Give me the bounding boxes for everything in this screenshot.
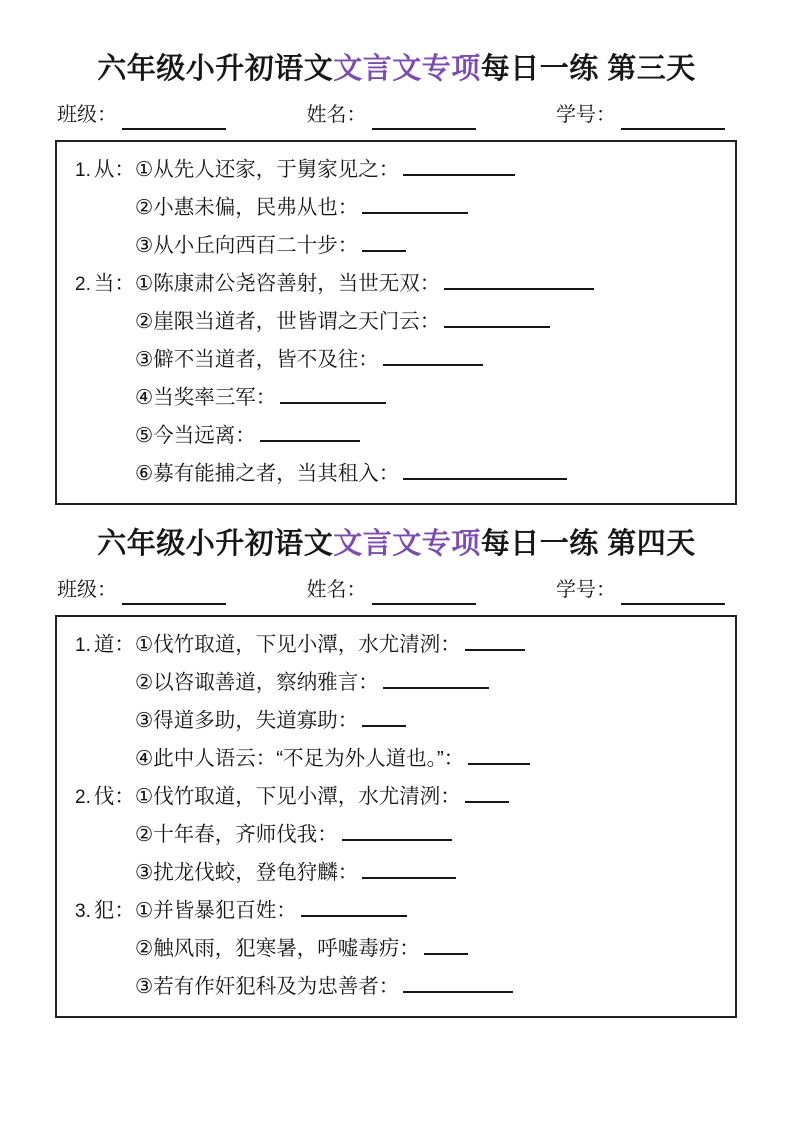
field-blank-line (621, 106, 725, 130)
question-number: 1. (75, 160, 91, 181)
answer-blank-line (362, 191, 468, 214)
item-text: ②十年春，齐师伐我： (135, 823, 338, 846)
question-label: 3.犯： (75, 892, 135, 931)
question-item: ④此中人语云：“不足为外人道也。”： (135, 740, 721, 778)
question-group: 2.当： ①陈康肃公尧咨善射，当世无双： ②崖限当道者，世皆谓之天门云： ③僻不… (75, 265, 721, 493)
worksheet: 六年级小升初语文文言文专项每日一练 第三天 班级： 姓名： 学号： 1.从： ①… (0, 0, 793, 505)
student-info-row: 班级： 姓名： 学号： (57, 100, 725, 130)
answer-blank-line (342, 818, 452, 841)
item-text: ①伐竹取道，下见小潭，水尤清洌： (135, 785, 461, 808)
item-text: ②小惠未偏，民弗从也： (135, 196, 358, 219)
field-blank-line (122, 106, 226, 130)
student-info-field: 姓名： (307, 100, 476, 130)
title-highlight: 文言文专项 (333, 528, 481, 560)
answer-blank-line (403, 457, 567, 480)
question-item: ③扰龙伐蛟，登龟狩麟： (135, 854, 721, 892)
question-number: 2. (75, 274, 91, 295)
field-blank-line (372, 581, 476, 605)
item-text: ③僻不当道者，皆不及往： (135, 348, 379, 371)
question-item: ①并皆暴犯百姓： (135, 892, 721, 930)
question-items: ①伐竹取道，下见小潭，水尤清洌： ②以咨诹善道，察纳雅言： ③得道多助，失道寡助… (135, 626, 721, 778)
field-label: 班级： (57, 575, 117, 605)
title-suffix: 每日一练 第三天 (481, 53, 696, 85)
question-word: 犯： (94, 899, 135, 922)
question-item: ③从小丘向西百二十步： (135, 227, 721, 265)
field-blank-line (122, 581, 226, 605)
question-label: 2.伐： (75, 778, 135, 817)
student-info-field: 班级： (57, 100, 226, 130)
item-text: ①伐竹取道，下见小潭，水尤清洌： (135, 633, 461, 656)
question-item: ①陈康肃公尧咨善射，当世无双： (135, 265, 721, 303)
question-word: 伐： (94, 785, 135, 808)
item-text: ③从小丘向西百二十步： (135, 234, 358, 257)
question-number: 1. (75, 635, 91, 656)
item-text: ④此中人语云：“不足为外人道也。”： (135, 747, 464, 770)
question-group: 3.犯： ①并皆暴犯百姓： ②触风雨，犯寒暑，呼嘘毒疠： ③若有作奸犯科及为忠善… (75, 892, 721, 1006)
question-group: 1.道： ①伐竹取道，下见小潭，水尤清洌： ②以咨诹善道，察纳雅言： ③得道多助… (75, 626, 721, 778)
answer-blank-line (444, 267, 594, 290)
question-items: ①并皆暴犯百姓： ②触风雨，犯寒暑，呼嘘毒疠： ③若有作奸犯科及为忠善者： (135, 892, 721, 1006)
answer-blank-line (424, 932, 468, 955)
answer-blank-line (383, 343, 483, 366)
question-label: 1.从： (75, 151, 135, 190)
item-text: ④当奖率三军： (135, 386, 276, 409)
answer-blank-line (403, 153, 515, 176)
item-text: ③若有作奸犯科及为忠善者： (135, 975, 399, 998)
field-label: 姓名： (307, 575, 367, 605)
student-info-field: 班级： (57, 575, 226, 605)
question-items: ①从先人还家，于舅家见之： ②小惠未偏，民弗从也： ③从小丘向西百二十步： (135, 151, 721, 265)
question-item: ②小惠未偏，民弗从也： (135, 189, 721, 227)
item-text: ⑥募有能捕之者，当其租入： (135, 462, 399, 485)
item-text: ③扰龙伐蛟，登龟狩麟： (135, 861, 358, 884)
question-group: 1.从： ①从先人还家，于舅家见之： ②小惠未偏，民弗从也： ③从小丘向西百二十… (75, 151, 721, 265)
title-prefix: 六年级小升初语文 (97, 53, 333, 85)
worksheet-title: 六年级小升初语文文言文专项每日一练 第四天 (0, 525, 793, 563)
student-info-field: 学号： (556, 575, 725, 605)
question-label: 2.当： (75, 265, 135, 304)
answer-blank-line (362, 856, 456, 879)
question-item: ②触风雨，犯寒暑，呼嘘毒疠： (135, 930, 721, 968)
field-label: 学号： (556, 100, 616, 130)
title-prefix: 六年级小升初语文 (97, 528, 333, 560)
question-number: 3. (75, 901, 91, 922)
item-text: ③得道多助，失道寡助： (135, 709, 358, 732)
worksheet-page: 六年级小升初语文文言文专项每日一练 第三天 班级： 姓名： 学号： 1.从： ①… (0, 0, 793, 1018)
question-word: 道： (94, 633, 135, 656)
item-text: ①并皆暴犯百姓： (135, 899, 297, 922)
question-item: ⑤今当远离： (135, 417, 721, 455)
question-group: 2.伐： ①伐竹取道，下见小潭，水尤清洌： ②十年春，齐师伐我： ③扰龙伐蛟，登… (75, 778, 721, 892)
worksheet-title: 六年级小升初语文文言文专项每日一练 第三天 (0, 50, 793, 88)
item-text: ②崖限当道者，世皆谓之天门云： (135, 310, 440, 333)
question-item: ①从先人还家，于舅家见之： (135, 151, 721, 189)
title-suffix: 每日一练 第四天 (481, 528, 696, 560)
worksheet: 六年级小升初语文文言文专项每日一练 第四天 班级： 姓名： 学号： 1.道： ①… (0, 505, 793, 1018)
question-item: ②十年春，齐师伐我： (135, 816, 721, 854)
item-text: ①从先人还家，于舅家见之： (135, 158, 399, 181)
question-item: ④当奖率三军： (135, 379, 721, 417)
question-word: 从： (94, 158, 135, 181)
question-items: ①伐竹取道，下见小潭，水尤清洌： ②十年春，齐师伐我： ③扰龙伐蛟，登龟狩麟： (135, 778, 721, 892)
field-label: 班级： (57, 100, 117, 130)
answer-blank-line (444, 305, 550, 328)
question-item: ③若有作奸犯科及为忠善者： (135, 968, 721, 1006)
student-info-field: 姓名： (307, 575, 476, 605)
question-box: 1.道： ①伐竹取道，下见小潭，水尤清洌： ②以咨诹善道，察纳雅言： ③得道多助… (55, 615, 737, 1018)
question-item: ②以咨诹善道，察纳雅言： (135, 664, 721, 702)
question-item: ①伐竹取道，下见小潭，水尤清洌： (135, 626, 721, 664)
question-number: 2. (75, 787, 91, 808)
field-blank-line (621, 581, 725, 605)
question-item: ②崖限当道者，世皆谓之天门云： (135, 303, 721, 341)
answer-blank-line (383, 666, 489, 689)
question-item: ①伐竹取道，下见小潭，水尤清洌： (135, 778, 721, 816)
question-label: 1.道： (75, 626, 135, 665)
answer-blank-line (362, 229, 406, 252)
field-label: 姓名： (307, 100, 367, 130)
field-blank-line (372, 106, 476, 130)
student-info-field: 学号： (556, 100, 725, 130)
item-text: ⑤今当远离： (135, 424, 256, 447)
question-word: 当： (94, 272, 135, 295)
question-item: ③得道多助，失道寡助： (135, 702, 721, 740)
answer-blank-line (301, 894, 407, 917)
item-text: ②触风雨，犯寒暑，呼嘘毒疠： (135, 937, 420, 960)
answer-blank-line (465, 628, 525, 651)
student-info-row: 班级： 姓名： 学号： (57, 575, 725, 605)
answer-blank-line (362, 704, 406, 727)
answer-blank-line (468, 742, 530, 765)
answer-blank-line (260, 419, 360, 442)
question-box: 1.从： ①从先人还家，于舅家见之： ②小惠未偏，民弗从也： ③从小丘向西百二十… (55, 140, 737, 505)
item-text: ②以咨诹善道，察纳雅言： (135, 671, 379, 694)
item-text: ①陈康肃公尧咨善射，当世无双： (135, 272, 440, 295)
answer-blank-line (280, 381, 386, 404)
question-item: ⑥募有能捕之者，当其租入： (135, 455, 721, 493)
title-highlight: 文言文专项 (333, 53, 481, 85)
question-item: ③僻不当道者，皆不及往： (135, 341, 721, 379)
answer-blank-line (403, 970, 513, 993)
question-items: ①陈康肃公尧咨善射，当世无双： ②崖限当道者，世皆谓之天门云： ③僻不当道者，皆… (135, 265, 721, 493)
field-label: 学号： (556, 575, 616, 605)
answer-blank-line (465, 780, 509, 803)
